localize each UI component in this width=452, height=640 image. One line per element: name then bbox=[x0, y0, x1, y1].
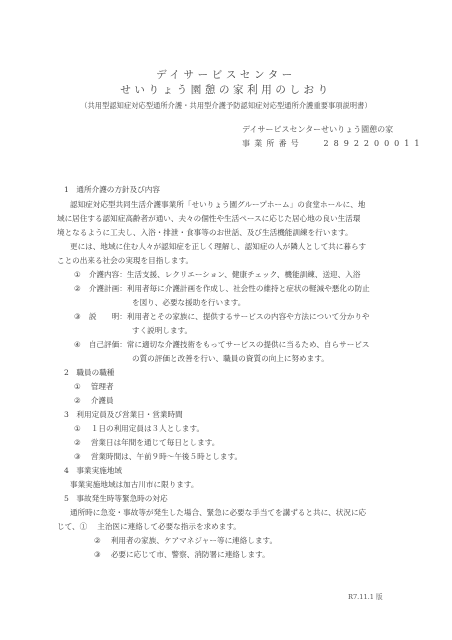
list-item: ②利用者の家族、ケアマネジャー等に連絡します。 bbox=[94, 535, 277, 546]
list-item: ②介護員 bbox=[74, 395, 114, 406]
office-number-row: 事業所番号 2892200011 bbox=[242, 138, 424, 149]
document-title: せいりょう園憩の家利用のしおり bbox=[0, 82, 452, 97]
section-heading: 5 事故発生時等緊急時の対応 bbox=[64, 493, 168, 504]
list-item: じて、①主治医に連絡して必要な指示を求めます。 bbox=[57, 521, 241, 532]
paragraph-line: 更には、地域に住む人々が認知症を正しく理解し、認知症の人が隣人として共に暮らす bbox=[70, 241, 366, 252]
issuer-name: デイサービスセンターせいりょう園憩の家 bbox=[242, 124, 393, 135]
list-item: ①介護内容：生活支援、レクリエーション、健康チェック、機能訓練、送迎、入浴 bbox=[74, 269, 360, 280]
section-heading: 2 職員の職種 bbox=[64, 367, 114, 378]
paragraph-line: ことの出来る社会の実現を目指します。 bbox=[57, 255, 193, 266]
paragraph-line: 認知症対応型共同生活介護事業所「せいりょう園グループホーム」の食堂ホールに、地 bbox=[70, 199, 365, 210]
paragraph-line: 通所時に急変・事故等が発生した場合、緊急に必要な手当てを講ずると共に、状況に応 bbox=[70, 507, 366, 518]
list-item: ③説 明：利用者とその家族に、提供するサービスの内容や方法について分かりや bbox=[74, 311, 370, 322]
list-item-continuation: を図り、必要な援助を行います。 bbox=[132, 297, 245, 308]
version-label: R7.11.1 版 bbox=[348, 591, 383, 601]
section-heading: 1 通所介護の方針及び内容 bbox=[64, 184, 160, 195]
list-item: ②営業日は年間を通じて毎日とします。 bbox=[74, 437, 219, 448]
office-number: 2892200011 bbox=[324, 139, 425, 148]
section-heading: 4 事業実施地域 bbox=[64, 465, 122, 476]
list-item: ④自己評価：常に適切な介護技術をもってサービスの提供に当るため、自らサービス bbox=[74, 339, 369, 350]
document-title-facility: デイサービスセンター bbox=[0, 67, 452, 82]
paragraph-line: 境となるように工夫し、入浴・排泄・食事等のお世話、及び生活機能訓練を行います。 bbox=[57, 227, 353, 238]
list-item: ①１日の利用定員は３人とします。 bbox=[74, 423, 204, 434]
list-item: ①管理者 bbox=[74, 381, 114, 392]
section-heading: 3 利用定員及び営業日・営業時間 bbox=[64, 409, 183, 420]
document-subtitle: （共用型認知症対応型通所介護・共用型介護予防認知症対応型通所介護重要事項説明書） bbox=[0, 101, 452, 111]
paragraph-line: 域に居住する認知症高齢者が通い、夫々の個性や生活ペースに応じた居心地の良い生活環 bbox=[57, 213, 360, 224]
office-number-label: 事業所番号 bbox=[242, 139, 303, 148]
list-item: ③営業時間は、午前９時～午後５時とします。 bbox=[74, 451, 242, 462]
list-item: ②介護計画：利用者毎に介護計画を作成し、社会性の維持と症状の軽減や悪化の防止 bbox=[74, 283, 370, 294]
list-item-continuation: すく説明します。 bbox=[132, 325, 192, 336]
paragraph-line: 事業実施地域は加古川市に限ります。 bbox=[70, 479, 198, 490]
list-item: ③必要に応じて市、警察、消防署に連絡します。 bbox=[94, 549, 270, 560]
list-item-continuation: の質の評価と改善を行い、職員の資質の向上に努めます。 bbox=[132, 353, 329, 364]
